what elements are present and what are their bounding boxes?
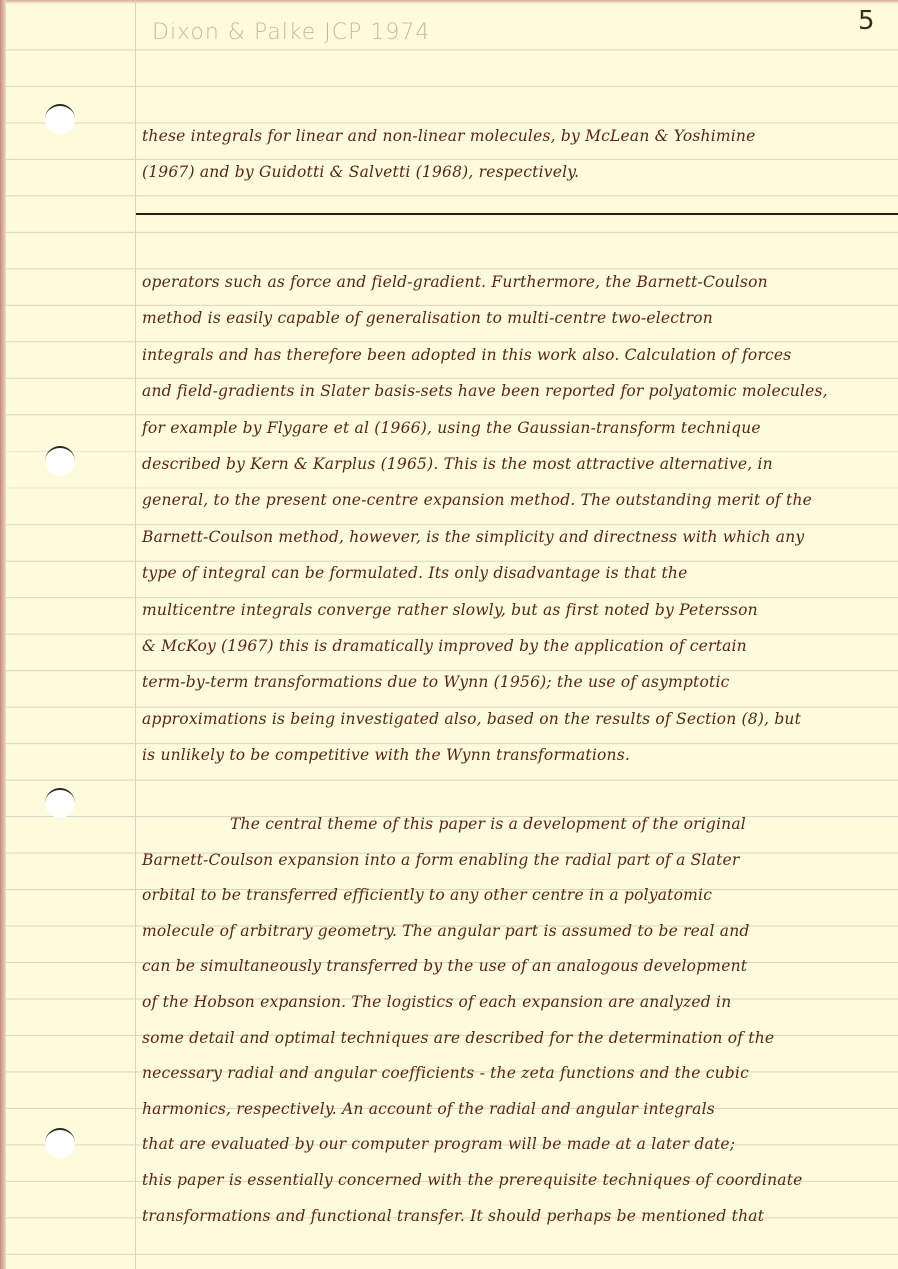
text-line: The central theme of this paper is a dev… bbox=[142, 815, 898, 833]
text-line: that are evaluated by our computer progr… bbox=[142, 1135, 882, 1153]
page-left-edge bbox=[0, 0, 6, 1269]
text-line: of the Hobson expansion. The logistics o… bbox=[142, 993, 882, 1011]
text-line: this paper is essentially concerned with… bbox=[142, 1171, 882, 1189]
text-line: general, to the present one-centre expan… bbox=[142, 491, 882, 509]
text-line: for example by Flygare et al (1966), usi… bbox=[142, 419, 882, 437]
text-line: molecule of arbitrary geometry. The angu… bbox=[142, 922, 882, 940]
text-line: (1967) and by Guidotti & Salvetti (1968)… bbox=[142, 163, 882, 181]
margin-line bbox=[135, 0, 136, 1269]
text-line: approximations is being investigated als… bbox=[142, 710, 882, 728]
text-line: & McKoy (1967) this is dramatically impr… bbox=[142, 637, 882, 655]
text-line: type of integral can be formulated. Its … bbox=[142, 564, 882, 582]
text-line: Barnett-Coulson expansion into a form en… bbox=[142, 851, 882, 869]
text-line: is unlikely to be competitive with the W… bbox=[142, 746, 882, 764]
text-line: integrals and has therefore been adopted… bbox=[142, 346, 882, 364]
text-line: term-by-term transformations due to Wynn… bbox=[142, 673, 882, 691]
text-line: can be simultaneously transferred by the… bbox=[142, 957, 882, 975]
page-number: 5 bbox=[858, 6, 875, 36]
text-line: described by Kern & Karplus (1965). This… bbox=[142, 455, 882, 473]
header-citation-note: Dixon & Palke JCP 1974 bbox=[152, 20, 430, 45]
text-line: harmonics, respectively. An account of t… bbox=[142, 1100, 882, 1118]
text-line: some detail and optimal techniques are d… bbox=[142, 1029, 882, 1047]
text-line: transformations and functional transfer.… bbox=[142, 1207, 882, 1225]
text-line: and field-gradients in Slater basis-sets… bbox=[142, 382, 882, 400]
text-line: method is easily capable of generalisati… bbox=[142, 309, 882, 327]
text-line: orbital to be transferred efficiently to… bbox=[142, 886, 882, 904]
text-line: these integrals for linear and non-linea… bbox=[142, 127, 882, 145]
section-divider bbox=[136, 213, 898, 215]
punch-hole bbox=[45, 1128, 75, 1158]
text-line: necessary radial and angular coefficient… bbox=[142, 1064, 882, 1082]
text-line: Barnett-Coulson method, however, is the … bbox=[142, 528, 882, 546]
punch-hole bbox=[45, 446, 75, 476]
text-line: multicentre integrals converge rather sl… bbox=[142, 601, 882, 619]
punch-hole bbox=[45, 104, 75, 134]
punch-hole bbox=[45, 788, 75, 818]
text-line: operators such as force and field-gradie… bbox=[142, 273, 882, 291]
notebook-page: Dixon & Palke JCP 1974 5 these integrals… bbox=[0, 0, 898, 1269]
